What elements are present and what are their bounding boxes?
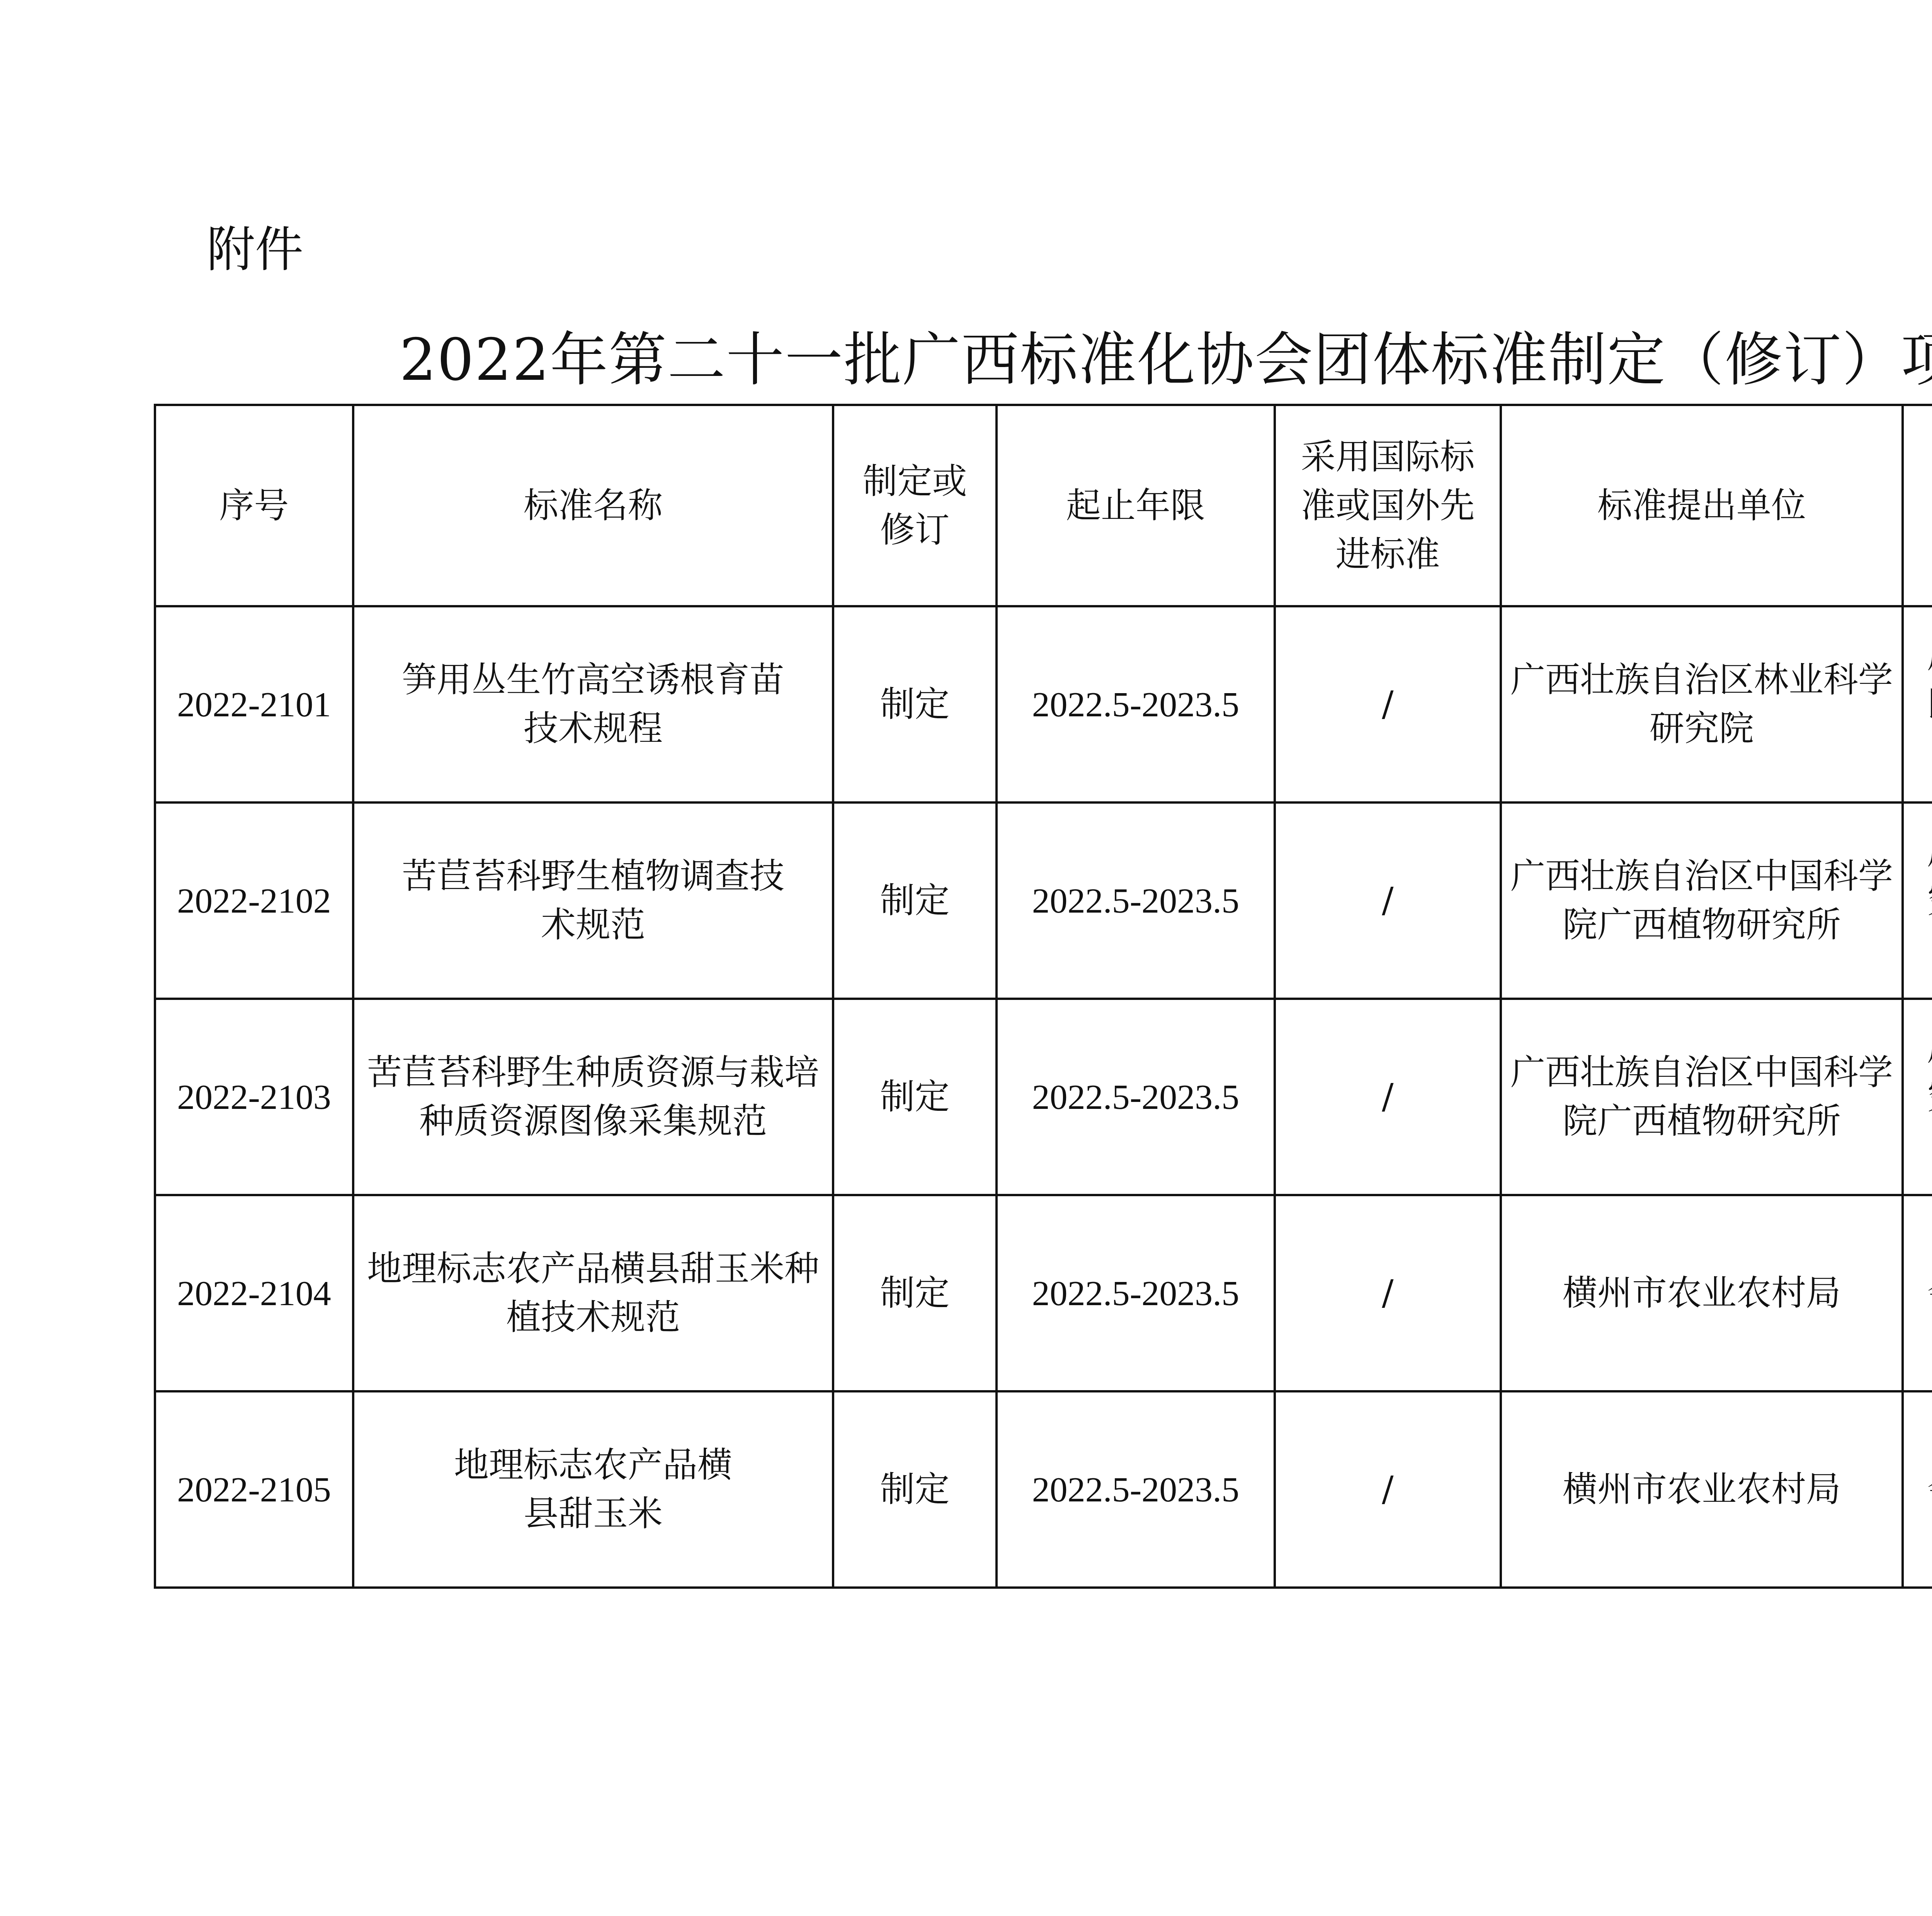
- cell-intl: /: [1275, 999, 1501, 1195]
- cell-name: 苦苣苔科野生植物调查技术规范: [353, 802, 833, 999]
- cell-proposer: 广西壮族自治区林业科学研究院: [1501, 606, 1903, 802]
- cell-name: 苦苣苔科野生种质资源与栽培种质资源图像采集规范: [353, 999, 833, 1195]
- cell-drafter: 横州市农业农村局、广西绿色食品协会、横州市甜玉米生产流通协会、广西桂文华农业有限…: [1903, 1391, 1932, 1588]
- cell-no: 2022-2103: [155, 999, 353, 1195]
- cell-type: 制定: [833, 1195, 997, 1391]
- cell-no: 2022-2104: [155, 1195, 353, 1391]
- header-intl: 采用国际标准或国外先进标准: [1275, 405, 1501, 606]
- cell-drafter: 广西壮族自治区中国科学院广西植物研究所、广西农业职业技术大学、上海植物园、湖南省…: [1903, 999, 1932, 1195]
- header-no: 序号: [155, 405, 353, 606]
- cell-period: 2022.5-2023.5: [997, 1391, 1275, 1588]
- cell-drafter: 广西壮族自治区中国科学院广西植物研究所、中国科学院昆明植物研究所、贵州省植物园: [1903, 802, 1932, 999]
- cell-proposer: 广西壮族自治区中国科学院广西植物研究所: [1501, 802, 1903, 999]
- cell-period: 2022.5-2023.5: [997, 802, 1275, 999]
- cell-no: 2022-2102: [155, 802, 353, 999]
- table-row: 2022-2102 苦苣苔科野生植物调查技术规范 制定 2022.5-2023.…: [155, 802, 1932, 999]
- header-drafter: 标准起草单位: [1903, 405, 1932, 606]
- cell-drafter: 广西壮族自治区林业科学研究院、柳南区龙汉岭林场、柳州天翼种养专业合作社、柳州市林…: [1903, 606, 1932, 802]
- cell-type: 制定: [833, 802, 997, 999]
- cell-period: 2022.5-2023.5: [997, 606, 1275, 802]
- table-row: 2022-2105 地理标志农产品横县甜玉米 制定 2022.5-2023.5 …: [155, 1391, 1932, 1588]
- cell-intl: /: [1275, 1195, 1501, 1391]
- cell-type: 制定: [833, 1391, 997, 1588]
- cell-type: 制定: [833, 606, 997, 802]
- page-title: 2022年第二十一批广西标准化协会团体标准制定（修订）项目计划汇总表: [0, 313, 1932, 396]
- cell-proposer: 广西壮族自治区中国科学院广西植物研究所: [1501, 999, 1903, 1195]
- cell-name: 笋用丛生竹高空诱根育苗技术规程: [353, 606, 833, 802]
- cell-intl: /: [1275, 606, 1501, 802]
- cell-no: 2022-2105: [155, 1391, 353, 1588]
- cell-name: 地理标志农产品横县甜玉米种植技术规范: [353, 1195, 833, 1391]
- cell-intl: /: [1275, 802, 1501, 999]
- cell-name: 地理标志农产品横县甜玉米: [353, 1391, 833, 1588]
- cell-drafter: 横州市农业农村局、广西绿色食品协会、横州市甜玉米生产流通协会、广西桂文华农业有限…: [1903, 1195, 1932, 1391]
- attachment-label: 附件: [207, 211, 303, 280]
- header-type: 制定或修订: [833, 405, 997, 606]
- cell-type: 制定: [833, 999, 997, 1195]
- cell-no: 2022-2101: [155, 606, 353, 802]
- header-name: 标准名称: [353, 405, 833, 606]
- cell-period: 2022.5-2023.5: [997, 1195, 1275, 1391]
- standards-plan-table: 序号 标准名称 制定或修订 起止年限 采用国际标准或国外先进标准 标准提出单位 …: [154, 404, 1932, 1589]
- table-row: 2022-2103 苦苣苔科野生种质资源与栽培种质资源图像采集规范 制定 202…: [155, 999, 1932, 1195]
- header-proposer: 标准提出单位: [1501, 405, 1903, 606]
- cell-proposer: 横州市农业农村局: [1501, 1195, 1903, 1391]
- cell-intl: /: [1275, 1391, 1501, 1588]
- table-row: 2022-2104 地理标志农产品横县甜玉米种植技术规范 制定 2022.5-2…: [155, 1195, 1932, 1391]
- table-header-row: 序号 标准名称 制定或修订 起止年限 采用国际标准或国外先进标准 标准提出单位 …: [155, 405, 1932, 606]
- cell-period: 2022.5-2023.5: [997, 999, 1275, 1195]
- table-row: 2022-2101 笋用丛生竹高空诱根育苗技术规程 制定 2022.5-2023…: [155, 606, 1932, 802]
- cell-proposer: 横州市农业农村局: [1501, 1391, 1903, 1588]
- header-period: 起止年限: [997, 405, 1275, 606]
